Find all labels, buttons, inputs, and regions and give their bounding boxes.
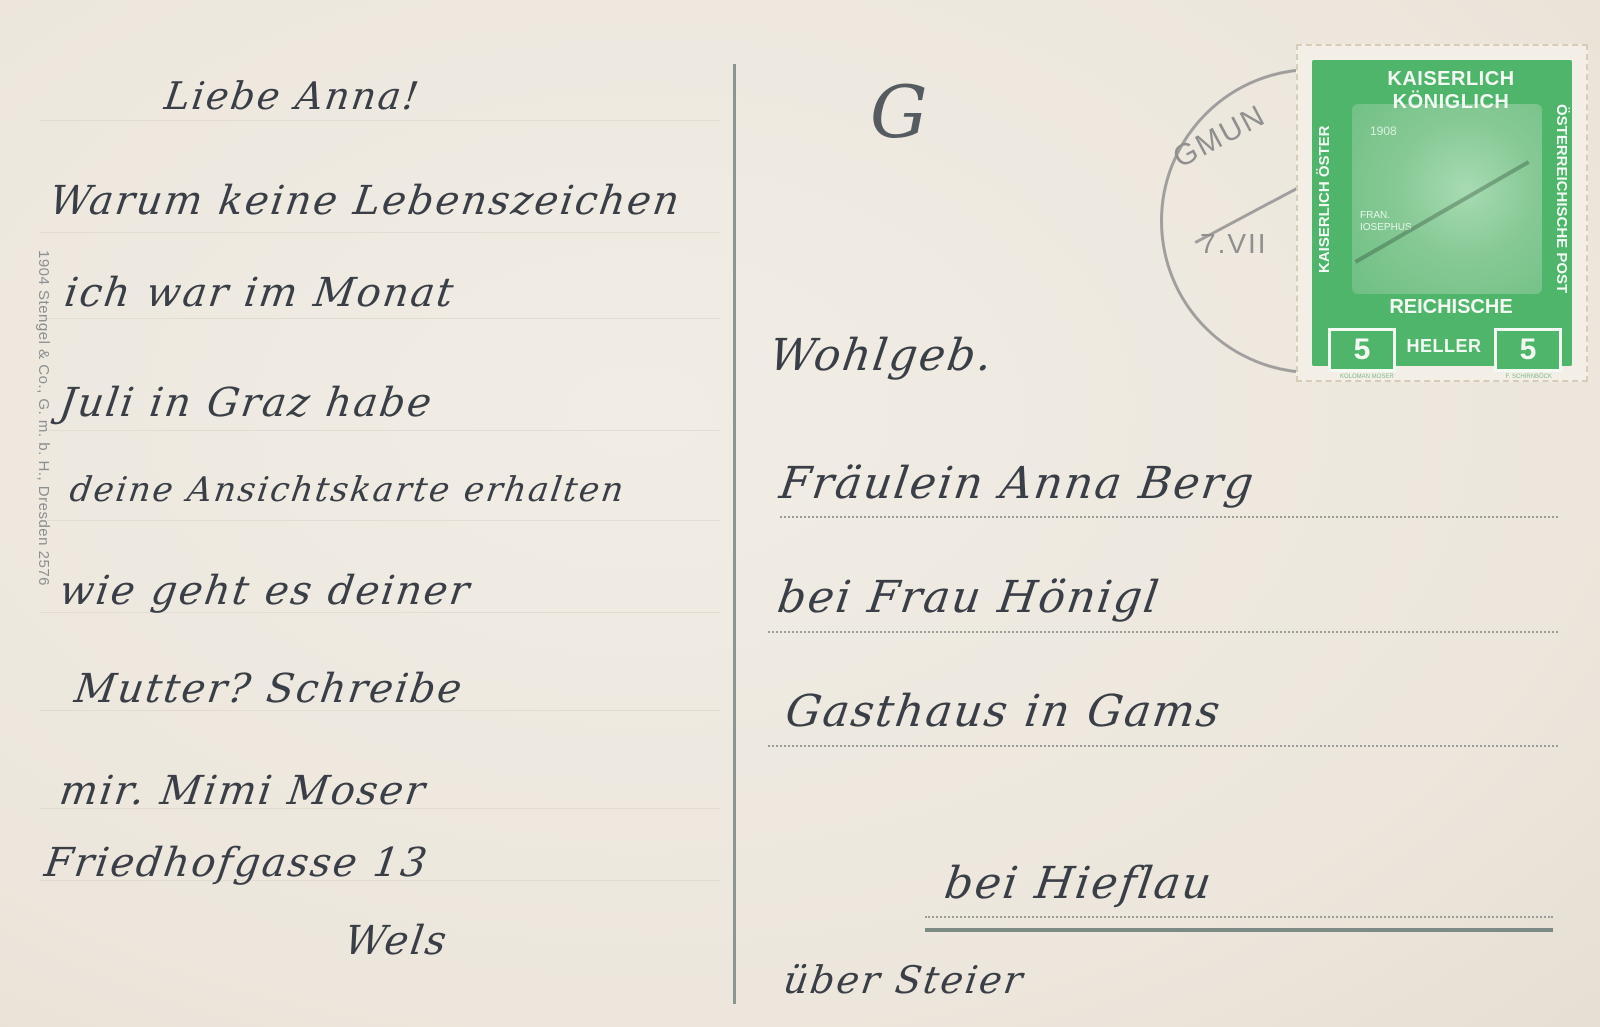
- corner-mark: G: [870, 70, 928, 154]
- ruled-line: [40, 520, 720, 521]
- postage-stamp: 1908 FRAN. IOSEPHUS KAISERLICH KÖNIGLICH…: [1296, 44, 1588, 382]
- message-line: wie geht es deiner: [57, 568, 474, 614]
- stamp-right-text: ÖSTERREICHISCHE POST: [1546, 94, 1570, 304]
- ruled-line: [40, 232, 720, 233]
- printer-imprint: 1904 Stengel & Co., G. m. b. H., Dresden…: [35, 250, 52, 586]
- stamp-left-text: KAISERLICH ÖSTER: [1316, 94, 1340, 304]
- address-line: Gasthaus in Gams: [782, 686, 1224, 737]
- stamp-year: 1908: [1370, 124, 1397, 138]
- address-line: über Steier: [781, 958, 1027, 1002]
- stamp-top-text: KAISERLICH KÖNIGLICH: [1340, 68, 1562, 114]
- stamp-value-right: 5: [1494, 328, 1562, 372]
- address-dotted-line: [768, 745, 1558, 747]
- address-dotted-line: [768, 631, 1558, 633]
- ruled-line: [40, 120, 720, 121]
- postmark-date: 7.VII: [1200, 228, 1268, 260]
- address-dotted-line: [780, 516, 1558, 518]
- message-line: Mutter? Schreibe: [72, 666, 467, 712]
- ruled-line: [40, 318, 720, 319]
- address-line: Fräulein Anna Berg: [776, 458, 1258, 509]
- stamp-currency: HELLER: [1398, 336, 1490, 357]
- message-line: deine Ansichtskarte erhalten: [67, 470, 628, 510]
- address-line: bei Frau Hönigl: [774, 572, 1163, 623]
- address-line: bei Hieflau: [941, 858, 1216, 909]
- message-line: mir. Mimi Moser: [57, 768, 430, 814]
- greeting: Liebe Anna!: [162, 74, 423, 118]
- stamp-bottom-text: REICHISCHE: [1340, 296, 1562, 319]
- ruled-line: [40, 430, 720, 431]
- stamp-value-left: 5: [1328, 328, 1396, 372]
- stamp-credit-right: F. SCHIRNBÖCK: [1506, 374, 1552, 380]
- address-salutation: Wohlgeb.: [766, 330, 997, 381]
- postcard: 1904 Stengel & Co., G. m. b. H., Dresden…: [0, 0, 1600, 1027]
- message-line: ich war im Monat: [62, 270, 458, 316]
- message-line: Wels: [342, 918, 451, 964]
- address-dotted-line: [925, 916, 1553, 918]
- stamp-face: 1908 FRAN. IOSEPHUS KAISERLICH KÖNIGLICH…: [1312, 60, 1572, 366]
- stamp-credit-left: KOLOMAN MOSER: [1340, 374, 1394, 380]
- message-line: Friedhofgasse 13: [42, 840, 432, 886]
- message-line: Warum keine Lebenszeichen: [47, 178, 684, 224]
- center-divider: [733, 64, 736, 1004]
- message-line: Juli in Graz habe: [57, 380, 436, 426]
- address-underline: [925, 928, 1553, 932]
